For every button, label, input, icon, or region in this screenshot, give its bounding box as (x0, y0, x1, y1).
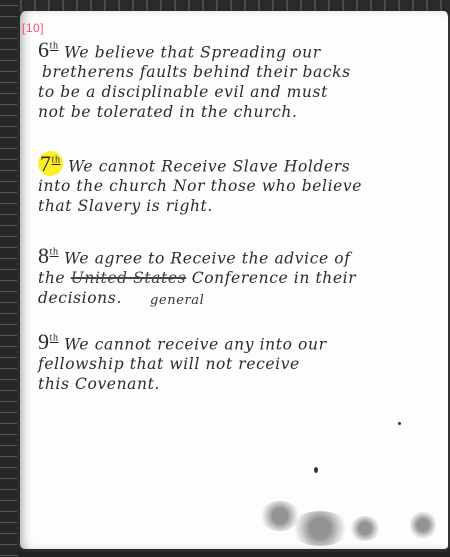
article-line: the United States Conference in their (38, 268, 438, 288)
article-text: We agree to Receive the advice of (64, 249, 350, 267)
article-line: not be tolerated in the church. (38, 102, 438, 122)
ink-speck (398, 422, 401, 425)
inserted-correction: general (150, 291, 204, 311)
article-line: fellowship that will not receive (38, 354, 438, 374)
scan-frame: 10 6th We believe that Spreading our bre… (0, 0, 450, 557)
ink-stain (410, 511, 436, 539)
article-line: this Covenant. (38, 374, 438, 394)
article-line: to be a disciplinable evil and must (38, 82, 438, 102)
covenant-article-9: 9th We cannot receive any into our fello… (38, 329, 438, 394)
article-line: that Slavery is right. (38, 196, 438, 216)
article-line: into the church Nor those who believe (38, 176, 438, 196)
article-line: 9th We cannot receive any into our (38, 329, 438, 354)
covenant-article-8: 8th We agree to Receive the advice of th… (38, 243, 438, 308)
article-line: bretherens faults behind their backs (42, 62, 438, 82)
article-line: 8th We agree to Receive the advice of (38, 243, 438, 268)
ink-speck (314, 467, 318, 473)
article-text: We cannot Receive Slave Holders (68, 157, 350, 175)
article-line: 7th We cannot Receive Slave Holders (38, 151, 438, 176)
book-binding (0, 0, 18, 557)
ink-stain (290, 511, 350, 546)
article-line: 6th We believe that Spreading our (38, 37, 438, 62)
covenant-article-7: 7th We cannot Receive Slave Holders into… (38, 151, 438, 216)
page-number-label: 10 (22, 21, 44, 35)
article-ordinal: 9th (38, 329, 59, 354)
article-ordinal: 8th (38, 243, 59, 268)
ink-stain (350, 516, 380, 541)
covenant-article-6: 6th We believe that Spreading our brethe… (38, 37, 438, 122)
article-line: decisions. (38, 288, 438, 308)
manuscript-page: 10 6th We believe that Spreading our bre… (17, 11, 450, 552)
article-text: We cannot receive any into our (64, 335, 326, 353)
highlighted-article-ordinal: 7th (38, 151, 63, 176)
article-ordinal: 6th (38, 37, 59, 62)
struck-out-text: United States (71, 269, 187, 287)
article-text: We believe that Spreading our (64, 43, 321, 61)
